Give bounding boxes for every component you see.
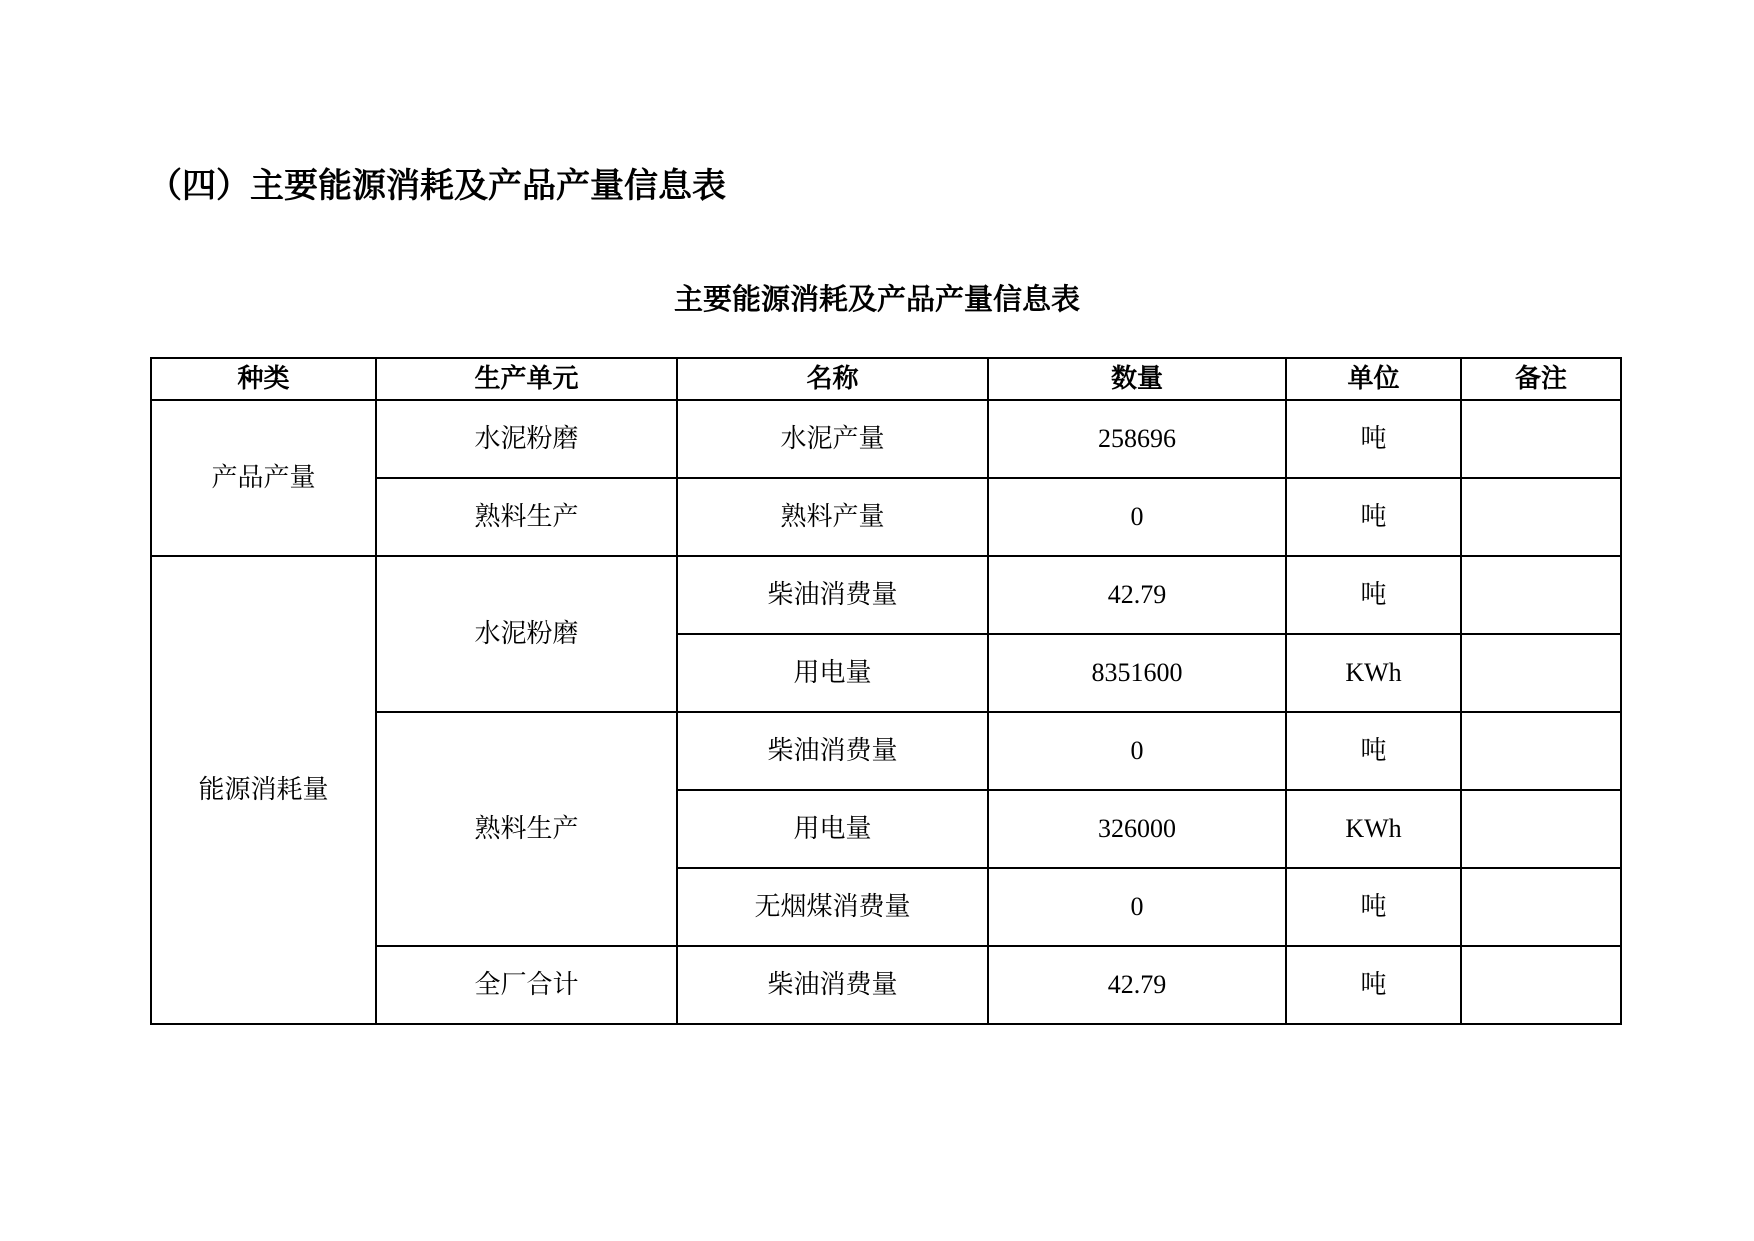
cell-name: 用电量 [677,790,988,868]
cell-name: 无烟煤消费量 [677,868,988,946]
cell-remark [1461,946,1621,1024]
cell-name: 柴油消费量 [677,946,988,1024]
table-row: 能源消耗量 水泥粉磨 柴油消费量 42.79 吨 [151,556,1621,634]
cell-quantity: 8351600 [988,634,1286,712]
header-unit: 单位 [1286,358,1461,400]
table-title: 主要能源消耗及产品产量信息表 [0,284,1754,317]
cell-unit: 吨 [1286,478,1461,556]
cell-unit: KWh [1286,790,1461,868]
cell-remark [1461,478,1621,556]
cell-name: 柴油消费量 [677,712,988,790]
cell-name: 柴油消费量 [677,556,988,634]
cell-quantity: 326000 [988,790,1286,868]
header-remark: 备注 [1461,358,1621,400]
cell-quantity: 42.79 [988,556,1286,634]
cell-production-unit: 全厂合计 [376,946,677,1024]
cell-remark [1461,712,1621,790]
cell-unit: 吨 [1286,400,1461,478]
cell-remark [1461,790,1621,868]
cell-name: 用电量 [677,634,988,712]
cell-remark [1461,868,1621,946]
energy-consumption-table: 种类 生产单元 名称 数量 单位 备注 产品产量 水泥粉磨 水泥产量 25869… [150,357,1622,1025]
cell-quantity: 0 [988,868,1286,946]
header-production-unit: 生产单元 [376,358,677,400]
cell-production-unit: 水泥粉磨 [376,556,677,712]
header-name: 名称 [677,358,988,400]
cell-name: 熟料产量 [677,478,988,556]
cell-unit: 吨 [1286,946,1461,1024]
cell-production-unit: 熟料生产 [376,712,677,946]
cell-unit: 吨 [1286,556,1461,634]
header-quantity: 数量 [988,358,1286,400]
cell-unit: 吨 [1286,868,1461,946]
cell-unit: 吨 [1286,712,1461,790]
cell-quantity: 0 [988,712,1286,790]
cell-remark [1461,400,1621,478]
cell-quantity: 258696 [988,400,1286,478]
cell-production-unit: 熟料生产 [376,478,677,556]
table-row: 产品产量 水泥粉磨 水泥产量 258696 吨 [151,400,1621,478]
header-row: 种类 生产单元 名称 数量 单位 备注 [151,358,1621,400]
cell-category: 产品产量 [151,400,376,556]
header-category: 种类 [151,358,376,400]
cell-remark [1461,634,1621,712]
cell-remark [1461,556,1621,634]
section-heading: （四）主要能源消耗及产品产量信息表 [148,168,726,205]
cell-name: 水泥产量 [677,400,988,478]
cell-quantity: 42.79 [988,946,1286,1024]
cell-category: 能源消耗量 [151,556,376,1024]
cell-production-unit: 水泥粉磨 [376,400,677,478]
cell-quantity: 0 [988,478,1286,556]
cell-unit: KWh [1286,634,1461,712]
